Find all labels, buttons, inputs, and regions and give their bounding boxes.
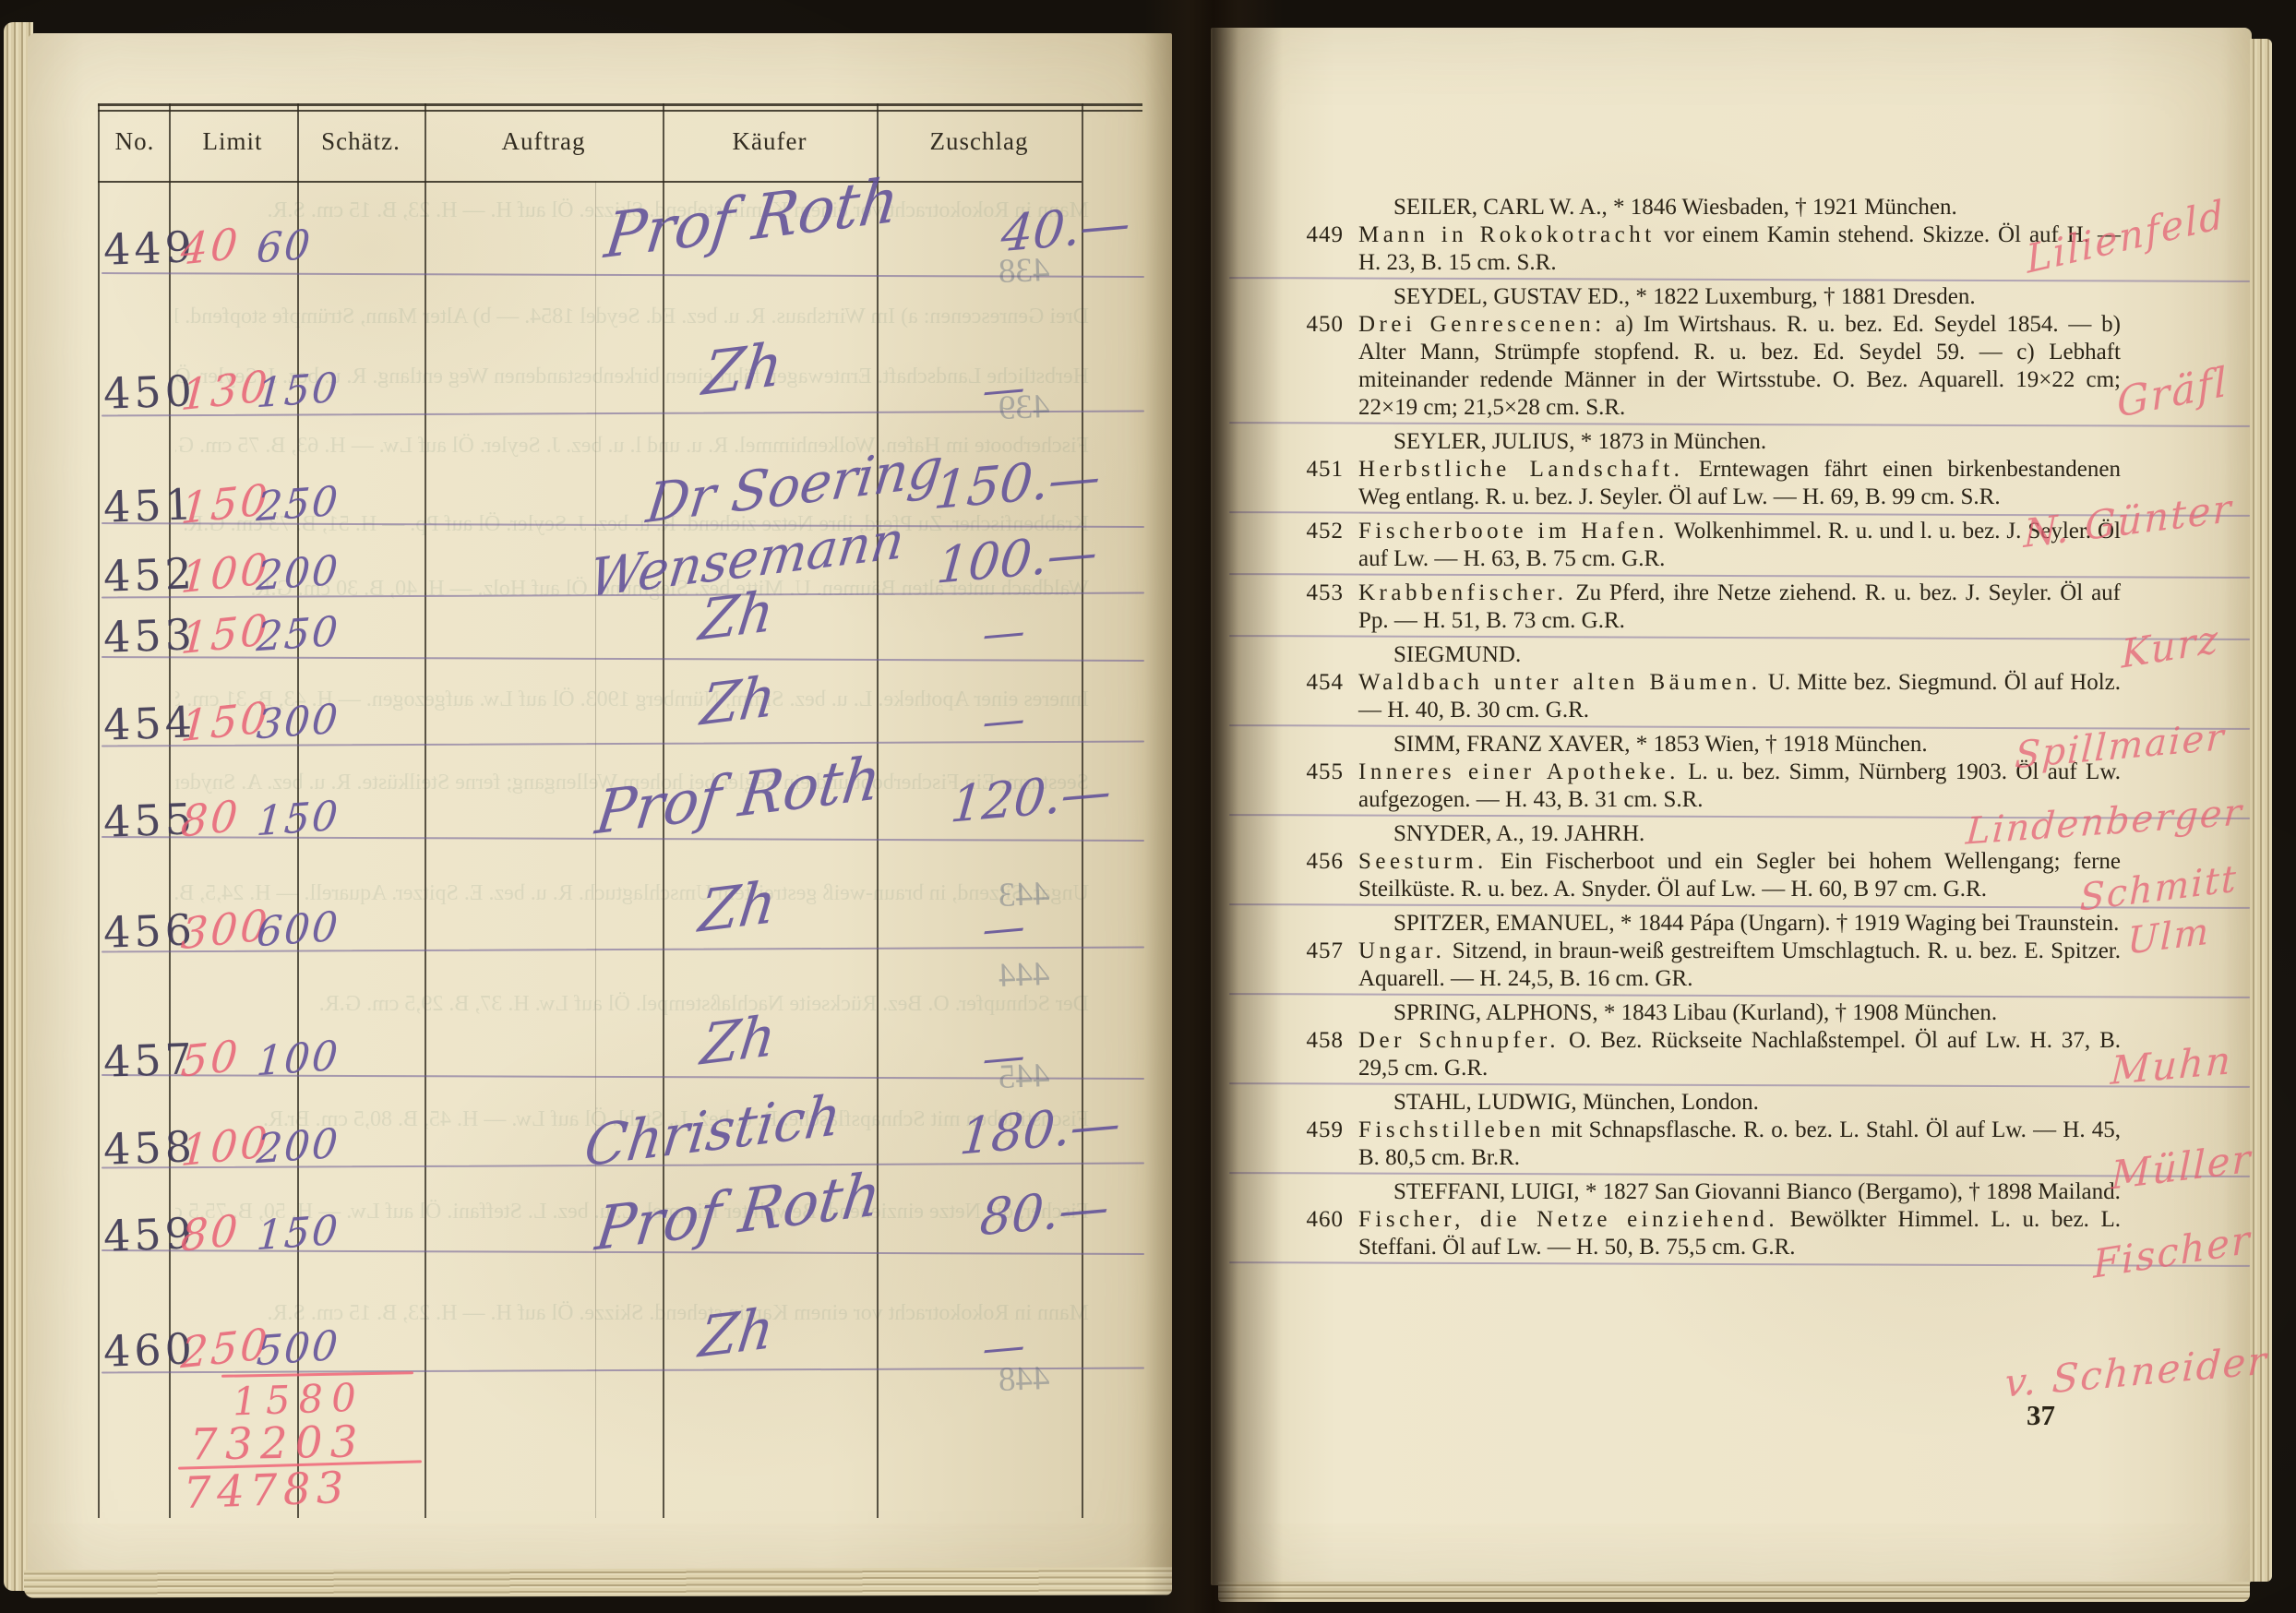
header-underline — [98, 181, 1082, 183]
lot-entry: 458Der Schnupfer. O. Bez. Rückseite Nach… — [1290, 1027, 2121, 1082]
schaetz-cell: 250 — [255, 608, 341, 662]
lot-title: Fischer, die Netze einziehend. — [1358, 1207, 1778, 1232]
page-number: 37 — [2027, 1399, 2055, 1432]
entry-separator-line — [1229, 573, 2250, 579]
artist-header: STAHL, LUDWIG, München, London. — [1290, 1089, 2121, 1117]
lot-entry: 450Drei Genrescenen: a) Im Wirtshaus. R.… — [1290, 311, 2121, 422]
schaetz-cell: 150 — [255, 793, 341, 846]
lot-number: 449 — [1290, 221, 1344, 249]
bleedthrough-number: 444 — [998, 954, 1050, 996]
kaeufer-cell: Zh — [696, 1296, 778, 1370]
lot-number: 452 — [1290, 518, 1344, 545]
entry-separator-line — [1229, 635, 2250, 640]
schaetz-cell: 250 — [255, 478, 341, 532]
lot-title: Fischerboote im Hafen. — [1358, 519, 1668, 544]
limit-cell: 80 — [179, 790, 242, 846]
lot-title: Herbstliche Landschaft. — [1358, 457, 1683, 482]
column-rule — [98, 103, 100, 1518]
lot-title: Waldbach unter alten Bäumen. — [1358, 670, 1762, 695]
bottom-page-edges-left — [24, 1567, 1172, 1597]
schaetz-cell: 100 — [255, 1033, 341, 1086]
column-rule-faint — [595, 181, 596, 1518]
lot-entry: 452Fischerboote im Hafen. Wolkenhimmel. … — [1290, 518, 2121, 573]
entry-separator-line — [1229, 277, 2250, 282]
lot-title: Ungar. — [1358, 938, 1445, 963]
zuschlag-cell: — — [981, 1320, 1028, 1374]
column-header: Schätz. — [297, 127, 425, 156]
artist-header: SIEGMUND. — [1290, 641, 2121, 669]
kaeufer-cell: Zh — [696, 867, 781, 946]
lot-number: 460 — [1290, 1206, 1344, 1234]
entry-separator-line — [1229, 993, 2250, 998]
zuschlag-cell: — — [981, 1030, 1028, 1084]
artist-header: SEILER, CARL W. A., * 1846 Wiesbaden, † … — [1290, 194, 2121, 221]
table-top-rule-2 — [98, 110, 1142, 112]
lot-number: 456 — [1290, 848, 1344, 876]
schaetz-cell: 500 — [255, 1322, 341, 1376]
lot-title: Drei Genrescenen: — [1358, 312, 1606, 337]
lot-entry: 456Seesturm. Ein Fischerboot und ein Seg… — [1290, 848, 2121, 903]
lot-entry: 449Mann in Rokokotracht vor einem Kamin … — [1290, 221, 2121, 277]
lot-title: Der Schnupfer. — [1358, 1028, 1560, 1053]
lot-title: Fischstilleben — [1358, 1117, 1545, 1142]
schaetz-cell: 150 — [255, 1207, 341, 1261]
limit-cell: 80 — [179, 1204, 242, 1261]
bleedthrough-text: Der Schnupfer. O. Bez. Rückseite Nachlaß… — [175, 992, 1089, 1020]
column-header: Auftrag — [425, 127, 663, 156]
lot-title: Krabbenfischer. — [1358, 580, 1567, 605]
lot-entry: 459Fischstilleben mit Schnapsflasche. R.… — [1290, 1117, 2121, 1172]
kaeufer-cell: Zh — [698, 1003, 780, 1078]
lot-number: 455 — [1290, 759, 1344, 786]
lot-entry: 457Ungar. Sitzend, in braun-weiß gestrei… — [1290, 938, 2121, 993]
limit-cell: 40 — [179, 218, 242, 274]
lot-entry: 455Inneres einer Apotheke. L. u. bez. Si… — [1290, 759, 2121, 814]
entry-separator-line — [1229, 1082, 2250, 1088]
schaetz-cell: 60 — [255, 221, 313, 273]
zuschlag-cell: — — [981, 362, 1028, 416]
auction-catalog-scan: Mann in Rokokotracht vor einem Kamin ste… — [0, 0, 2296, 1613]
kaeufer-cell: Zh — [696, 579, 778, 653]
bleedthrough-text: Drei Genrescenen: a) Im Wirtshaus. R. u.… — [175, 305, 1089, 332]
column-header: Zuschlag — [877, 127, 1082, 156]
entry-separator-line — [1229, 422, 2250, 427]
zuschlag-cell: 80.— — [977, 1177, 1111, 1248]
schaetz-cell: 200 — [255, 1120, 341, 1174]
schaetz-cell: 300 — [255, 696, 341, 749]
lot-number: 459 — [1290, 1117, 1344, 1144]
bleedthrough-text: Fischerboote im Hafen. Wolkenhimmel. R. … — [175, 434, 1089, 461]
lot-title: Inneres einer Apotheke. — [1358, 759, 1680, 784]
zuschlag-cell: — — [981, 901, 1028, 955]
lot-description: Sitzend, in braun-weiß gestreiftem Umsch… — [1358, 938, 2121, 991]
lot-entry: 454Waldbach unter alten Bäumen. U. Mitte… — [1290, 669, 2121, 724]
lot-number: 451 — [1290, 456, 1344, 484]
sum-total: 74783 — [183, 1463, 350, 1519]
lot-number: 457 — [1290, 938, 1344, 965]
limit-cell: 50 — [179, 1030, 242, 1086]
lot-number: 458 — [1290, 1027, 1344, 1055]
lot-title: Seesturm. — [1358, 849, 1488, 874]
artist-header: SIMM, FRANZ XAVER, * 1853 Wien, † 1918 M… — [1290, 731, 2121, 759]
artist-header: STEFFANI, LUIGI, * 1827 San Giovanni Bia… — [1290, 1178, 2121, 1206]
kaeufer-cell: Zh — [698, 663, 780, 738]
lot-number: 454 — [1290, 669, 1344, 697]
schaetz-cell: 200 — [255, 547, 341, 601]
lot-entry: 453Krabbenfischer. Zu Pferd, ihre Netze … — [1290, 579, 2121, 635]
zuschlag-cell: — — [981, 605, 1028, 660]
artist-header: SPRING, ALPHONS, * 1843 Libau (Kurland),… — [1290, 999, 2121, 1027]
entry-separator-line — [1229, 1172, 2250, 1177]
lot-number: 450 — [1290, 311, 1344, 339]
lot-number: 453 — [1290, 579, 1344, 607]
column-header: Käufer — [663, 127, 877, 156]
column-header: Limit — [169, 127, 297, 156]
schaetz-cell: 600 — [255, 903, 341, 957]
column-rule — [425, 103, 426, 1518]
artist-header: SEYDEL, GUSTAV ED., * 1822 Luxemburg, † … — [1290, 283, 2121, 311]
catalog-entries: SEILER, CARL W. A., * 1846 Wiesbaden, † … — [1290, 194, 2121, 1268]
zuschlag-cell: 40.— — [999, 194, 1132, 264]
lot-entry: 451Herbstliche Landschaft. Erntewagen fä… — [1290, 456, 2121, 511]
schaetz-cell: 150 — [255, 364, 341, 418]
column-header: No. — [100, 127, 170, 156]
column-rule — [877, 103, 879, 1518]
table-top-rule — [98, 103, 1142, 106]
kaeufer-cell: Zh — [700, 330, 786, 410]
bottom-page-edges-right — [1218, 1582, 2250, 1602]
lot-entry: 460Fischer, die Netze einziehend. Bewölk… — [1290, 1206, 2121, 1261]
artist-header: SPITZER, EMANUEL, * 1844 Pápa (Ungarn). … — [1290, 910, 2121, 938]
artist-header: SEYLER, JULIUS, * 1873 in München. — [1290, 428, 2121, 456]
zuschlag-cell: — — [981, 693, 1028, 747]
lot-title: Mann in Rokokotracht — [1358, 222, 1656, 247]
